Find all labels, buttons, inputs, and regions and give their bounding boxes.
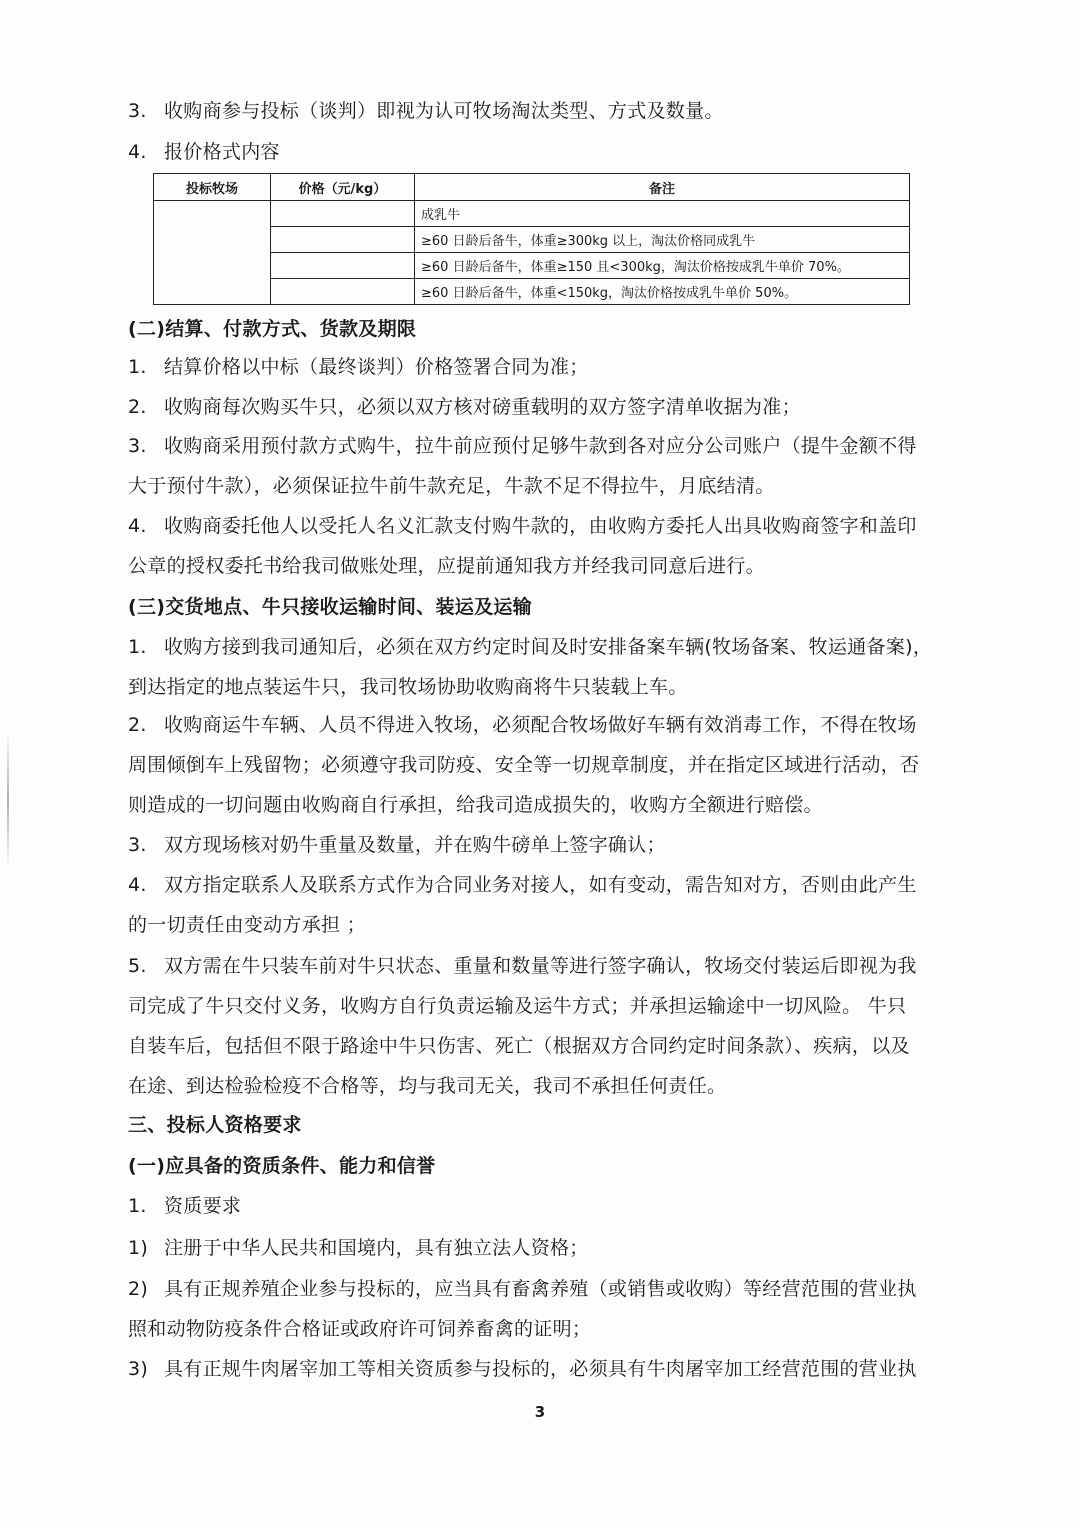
header-bidding-farm: 投标牧场 [154, 174, 271, 201]
clause-text: 收购商委托他人以受托人名义汇款支付购牛款的，由收购方委托人出具收购商签字和盖印 [164, 515, 917, 537]
clause-text: 周围倾倒车上残留物；必须遵守我司防疫、安全等一切规章制度，并在指定区域进行活动，… [128, 754, 919, 776]
remark-cell: ≥60 日龄后备牛，体重≥300kg 以上，淘汰价格同成乳牛 [415, 227, 910, 253]
clause-item: 4.报价格式内容 [128, 139, 280, 165]
remark-cell: ≥60 日龄后备牛，体重≥150 且<300kg，淘汰价格按成乳牛单价 70%。 [415, 253, 910, 279]
remark-cell: ≥60 日龄后备牛，体重<150kg，淘汰价格按成乳牛单价 50%。 [415, 279, 910, 305]
clause-number: 3) [128, 1356, 164, 1382]
price-cell[interactable] [271, 201, 415, 227]
clause-number: 3. [128, 433, 164, 459]
clause-item: 2.收购商每次购买牛只，必须以双方核对磅重载明的双方签字清单收据为准； [128, 394, 801, 420]
clause-item: 4.收购商委托他人以受托人名义汇款支付购牛款的，由收购方委托人出具收购商签字和盖… [128, 513, 917, 539]
clause-number: 2. [128, 394, 164, 420]
clause-text: 结算价格以中标（最终谈判）价格签署合同为准； [164, 356, 589, 378]
quote-format-table: 投标牧场 价格（元/kg） 备注 成乳牛 ≥60 日龄后备牛，体重≥300kg … [153, 173, 910, 305]
clause-item: 2.收购商运牛车辆、人员不得进入牧场，必须配合牧场做好车辆有效消毒工作，不得在牧… [128, 712, 917, 738]
clause-item: 3.双方现场核对奶牛重量及数量，并在购牛磅单上签字确认； [128, 832, 666, 858]
clause-continuation: 公章的授权委托书给我司做账处理，应提前通知我方并经我司同意后进行。 [128, 553, 765, 579]
clause-text: 具有正规养殖企业参与投标的，应当具有畜禽养殖（或销售或收购）等经营范围的营业执 [164, 1278, 917, 1300]
clause-text: 到达指定的地点装运牛只，我司牧场协助收购商将牛只装载上车。 [128, 676, 688, 698]
clause-number: 2) [128, 1276, 164, 1302]
clause-text: 注册于中华人民共和国境内，具有独立法人资格； [164, 1237, 589, 1259]
clause-continuation: 司完成了牛只交付义务，收购方自行负责运输及运牛方式；并承担运输途中一切风险。 牛… [128, 993, 906, 1019]
table-row: 成乳牛 [154, 201, 910, 227]
clause-text: 司完成了牛只交付义务，收购方自行负责运输及运牛方式；并承担运输途中一切风险。 牛… [128, 995, 906, 1017]
clause-continuation: 的一切责任由变动方承担 ； [128, 912, 366, 938]
clause-number: 4. [128, 513, 164, 539]
clause-text: 公章的授权委托书给我司做账处理，应提前通知我方并经我司同意后进行。 [128, 555, 765, 577]
clause-number: 1. [128, 634, 164, 660]
clause-continuation: 自装车后，包括但不限于路途中牛只伤害、死亡（根据双方合同约定时间条款）、疾病，以… [128, 1033, 910, 1059]
clause-item: 5.双方需在牛只装车前对牛只状态、重量和数量等进行签字确认，牧场交付装运后即视为… [128, 953, 917, 979]
price-cell[interactable] [271, 227, 415, 253]
clause-text: 收购方接到我司通知后，必须在双方约定时间及时安排备案车辆(牧场备案、牧运通备案)… [164, 636, 932, 658]
clause-item: 3.收购商参与投标（谈判）即视为认可牧场淘汰类型、方式及数量。 [128, 98, 724, 124]
clause-continuation: 大于预付牛款），必须保证拉牛前牛款充足，牛款不足不得拉牛，月底结清。 [128, 473, 775, 499]
clause-item: 3)具有正规牛肉屠宰加工等相关资质参与投标的，必须具有牛肉屠宰加工经营范围的营业… [128, 1356, 917, 1382]
clause-item: 2)具有正规养殖企业参与投标的，应当具有畜禽养殖（或销售或收购）等经营范围的营业… [128, 1276, 917, 1302]
clause-continuation: 则造成的一切问题由收购商自行承担，给我司造成损失的，收购方全额进行赔偿。 [128, 792, 823, 818]
clause-number: 4. [128, 139, 164, 165]
price-cell[interactable] [271, 279, 415, 305]
clause-text: 双方现场核对奶牛重量及数量，并在购牛磅单上签字确认； [164, 834, 666, 856]
clause-number: 2. [128, 712, 164, 738]
section-heading-bidder-qualification: 三、投标人资格要求 [128, 1112, 302, 1138]
table-header-row: 投标牧场 价格（元/kg） 备注 [154, 174, 910, 201]
clause-text: 收购商运牛车辆、人员不得进入牧场，必须配合牧场做好车辆有效消毒工作，不得在牧场 [164, 714, 917, 736]
clause-text: 在途、到达检验检疫不合格等，均与我司无关，我司不承担任何责任。 [128, 1075, 726, 1097]
clause-item: 1.资质要求 [128, 1193, 241, 1219]
clause-item: 3.收购商采用预付款方式购牛，拉牛前应预付足够牛款到各对应分公司账户（提牛金额不… [128, 433, 917, 459]
clause-continuation: 照和动物防疫条件合格证或政府许可饲养畜禽的证明； [128, 1316, 591, 1342]
clause-number: 1) [128, 1235, 164, 1261]
price-cell[interactable] [271, 253, 415, 279]
clause-number: 3. [128, 832, 164, 858]
clause-text: 收购商采用预付款方式购牛，拉牛前应预付足够牛款到各对应分公司账户（提牛金额不得 [164, 435, 917, 457]
clause-number: 5. [128, 953, 164, 979]
clause-number: 1. [128, 354, 164, 380]
header-remark: 备注 [415, 174, 910, 201]
page-number: 3 [0, 1403, 1080, 1421]
header-price: 价格（元/kg） [271, 174, 415, 201]
clause-item: 4.双方指定联系人及联系方式作为合同业务对接人，如有变动，需告知对方，否则由此产… [128, 872, 917, 898]
clause-text: 收购商参与投标（谈判）即视为认可牧场淘汰类型、方式及数量。 [164, 100, 724, 122]
clause-text: 大于预付牛款），必须保证拉牛前牛款充足，牛款不足不得拉牛，月底结清。 [128, 475, 775, 497]
clause-item: 1.收购方接到我司通知后，必须在双方约定时间及时安排备案车辆(牧场备案、牧运通备… [128, 634, 932, 660]
remark-cell: 成乳牛 [415, 201, 910, 227]
clause-item: 1)注册于中华人民共和国境内，具有独立法人资格； [128, 1235, 589, 1261]
clause-text: 具有正规牛肉屠宰加工等相关资质参与投标的，必须具有牛肉屠宰加工经营范围的营业执 [164, 1358, 917, 1380]
clause-number: 1. [128, 1193, 164, 1219]
clause-text: 资质要求 [164, 1195, 241, 1217]
subsection-heading-qualifications: (一)应具备的资质条件、能力和信誉 [128, 1153, 435, 1179]
clause-text: 照和动物防疫条件合格证或政府许可饲养畜禽的证明； [128, 1318, 591, 1340]
clause-item: 1.结算价格以中标（最终谈判）价格签署合同为准； [128, 354, 589, 380]
farm-cell[interactable] [154, 201, 271, 305]
clause-text: 则造成的一切问题由收购商自行承担，给我司造成损失的，收购方全额进行赔偿。 [128, 794, 823, 816]
section-heading-delivery: (三)交货地点、牛只接收运输时间、装运及运输 [128, 594, 532, 620]
clause-number: 4. [128, 872, 164, 898]
clause-continuation: 周围倾倒车上残留物；必须遵守我司防疫、安全等一切规章制度，并在指定区域进行活动，… [128, 752, 919, 778]
clause-continuation: 到达指定的地点装运牛只，我司牧场协助收购商将牛只装载上车。 [128, 674, 688, 700]
clause-text: 的一切责任由变动方承担 ； [128, 914, 366, 936]
clause-text: 报价格式内容 [164, 141, 280, 163]
clause-text: 自装车后，包括但不限于路途中牛只伤害、死亡（根据双方合同约定时间条款）、疾病，以… [128, 1035, 910, 1057]
clause-text: 双方需在牛只装车前对牛只状态、重量和数量等进行签字确认，牧场交付装运后即视为我 [164, 955, 917, 977]
clause-number: 3. [128, 98, 164, 124]
clause-text: 双方指定联系人及联系方式作为合同业务对接人，如有变动，需告知对方，否则由此产生 [164, 874, 917, 896]
clause-text: 收购商每次购买牛只，必须以双方核对磅重载明的双方签字清单收据为准； [164, 396, 801, 418]
clause-continuation: 在途、到达检验检疫不合格等，均与我司无关，我司不承担任何责任。 [128, 1073, 726, 1099]
section-heading-settlement: (二)结算、付款方式、货款及期限 [128, 316, 416, 342]
scan-artifact-line [7, 730, 9, 870]
